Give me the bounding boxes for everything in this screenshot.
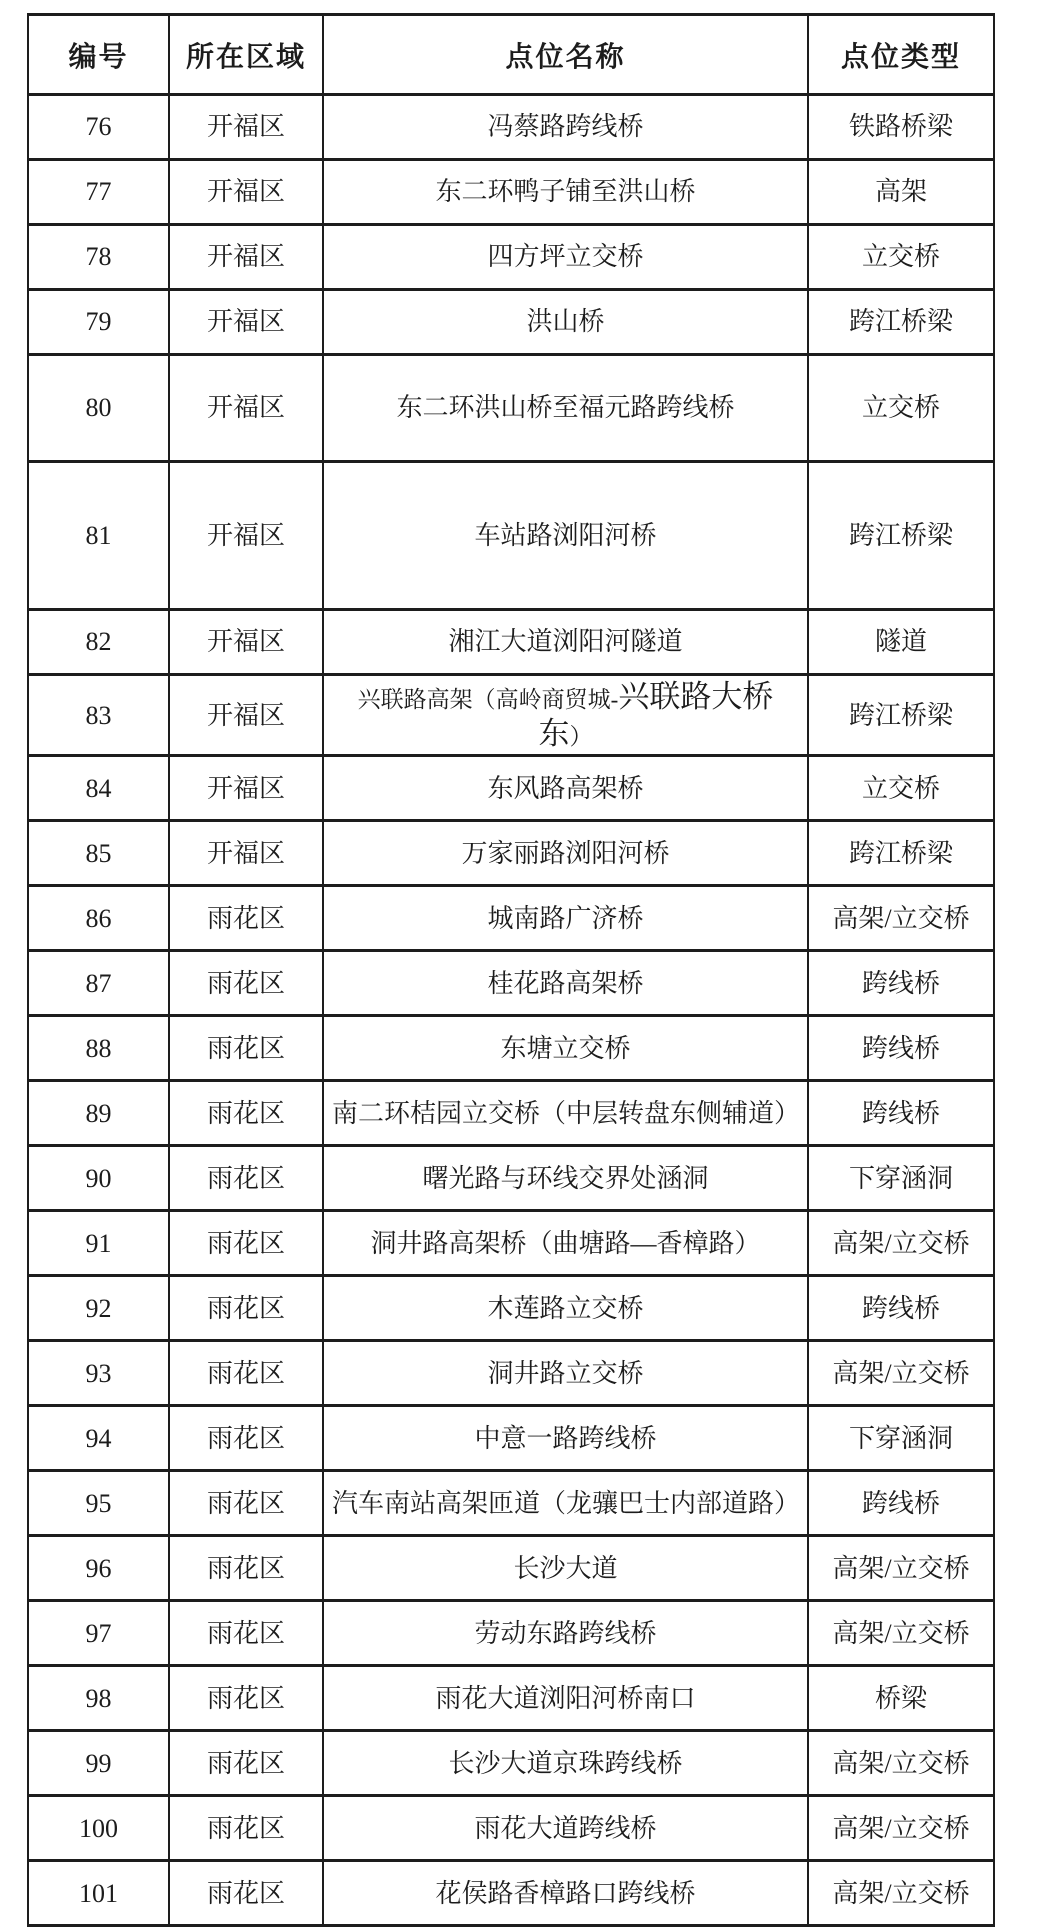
- cell-type: 高架/立交桥: [808, 1536, 994, 1601]
- cell-id: 82: [28, 610, 169, 675]
- cell-name: 东塘立交桥: [323, 1016, 808, 1081]
- table-row: 89雨花区南二环桔园立交桥（中层转盘东侧辅道）跨线桥: [28, 1081, 994, 1146]
- cell-district: 开福区: [169, 355, 323, 462]
- cell-name: 花侯路香樟路口跨线桥: [323, 1861, 808, 1926]
- table-row: 86雨花区城南路广济桥高架/立交桥: [28, 886, 994, 951]
- cell-type: 跨线桥: [808, 951, 994, 1016]
- cell-district: 雨花区: [169, 1471, 323, 1536]
- cell-type: 高架/立交桥: [808, 1731, 994, 1796]
- cell-id: 93: [28, 1341, 169, 1406]
- cell-type: 铁路桥梁: [808, 95, 994, 160]
- cell-type: 下穿涵洞: [808, 1406, 994, 1471]
- cell-type: 跨线桥: [808, 1276, 994, 1341]
- cell-district: 雨花区: [169, 1081, 323, 1146]
- cell-district: 雨花区: [169, 1276, 323, 1341]
- cell-id: 89: [28, 1081, 169, 1146]
- table-body: 76开福区冯蔡路跨线桥铁路桥梁77开福区东二环鸭子铺至洪山桥高架78开福区四方坪…: [28, 95, 994, 1926]
- cell-district: 雨花区: [169, 1211, 323, 1276]
- cell-id: 78: [28, 225, 169, 290]
- cell-district: 开福区: [169, 610, 323, 675]
- cell-type: 高架: [808, 160, 994, 225]
- cell-name: 东风路高架桥: [323, 756, 808, 821]
- table-row: 92雨花区木莲路立交桥跨线桥: [28, 1276, 994, 1341]
- cell-type: 高架/立交桥: [808, 1341, 994, 1406]
- points-table: 编号 所在区域 点位名称 点位类型 76开福区冯蔡路跨线桥铁路桥梁77开福区东二…: [27, 13, 995, 1927]
- cell-id: 90: [28, 1146, 169, 1211]
- cell-name: 四方坪立交桥: [323, 225, 808, 290]
- column-header-district: 所在区域: [169, 15, 323, 95]
- table-row: 78开福区四方坪立交桥立交桥: [28, 225, 994, 290]
- cell-name: 汽车南站高架匝道（龙骧巴士内部道路）: [323, 1471, 808, 1536]
- table-row: 90雨花区曙光路与环线交界处涵洞下穿涵洞: [28, 1146, 994, 1211]
- cell-name: 万家丽路浏阳河桥: [323, 821, 808, 886]
- cell-type: 立交桥: [808, 756, 994, 821]
- cell-id: 83: [28, 675, 169, 756]
- cell-id: 99: [28, 1731, 169, 1796]
- cell-id: 86: [28, 886, 169, 951]
- cell-type: 跨线桥: [808, 1016, 994, 1081]
- table-row: 91雨花区洞井路高架桥（曲塘路—香樟路）高架/立交桥: [28, 1211, 994, 1276]
- cell-type: 高架/立交桥: [808, 886, 994, 951]
- cell-type: 高架/立交桥: [808, 1601, 994, 1666]
- cell-name: 冯蔡路跨线桥: [323, 95, 808, 160]
- cell-type: 跨江桥梁: [808, 290, 994, 355]
- cell-name: 长沙大道京珠跨线桥: [323, 1731, 808, 1796]
- cell-district: 雨花区: [169, 1601, 323, 1666]
- cell-id: 80: [28, 355, 169, 462]
- table-row: 101雨花区花侯路香樟路口跨线桥高架/立交桥: [28, 1861, 994, 1926]
- table-row: 80开福区东二环洪山桥至福元路跨线桥立交桥: [28, 355, 994, 462]
- cell-type: 跨线桥: [808, 1081, 994, 1146]
- cell-type: 跨江桥梁: [808, 821, 994, 886]
- table-row: 88雨花区东塘立交桥跨线桥: [28, 1016, 994, 1081]
- cell-type: 隧道: [808, 610, 994, 675]
- table-row: 81开福区车站路浏阳河桥跨江桥梁: [28, 462, 994, 610]
- cell-district: 雨花区: [169, 1016, 323, 1081]
- table-row: 76开福区冯蔡路跨线桥铁路桥梁: [28, 95, 994, 160]
- cell-name: 车站路浏阳河桥: [323, 462, 808, 610]
- cell-district: 开福区: [169, 756, 323, 821]
- table-row: 82开福区湘江大道浏阳河隧道隧道: [28, 610, 994, 675]
- cell-name: 湘江大道浏阳河隧道: [323, 610, 808, 675]
- cell-id: 95: [28, 1471, 169, 1536]
- cell-district: 雨花区: [169, 1146, 323, 1211]
- cell-name: 雨花大道跨线桥: [323, 1796, 808, 1861]
- cell-district: 开福区: [169, 675, 323, 756]
- cell-district: 开福区: [169, 95, 323, 160]
- document-page: 编号 所在区域 点位名称 点位类型 76开福区冯蔡路跨线桥铁路桥梁77开福区东二…: [0, 0, 1038, 1927]
- table-row: 93雨花区洞井路立交桥高架/立交桥: [28, 1341, 994, 1406]
- cell-name: 曙光路与环线交界处涵洞: [323, 1146, 808, 1211]
- cell-district: 雨花区: [169, 1406, 323, 1471]
- cell-type: 下穿涵洞: [808, 1146, 994, 1211]
- cell-district: 雨花区: [169, 1341, 323, 1406]
- cell-type: 桥梁: [808, 1666, 994, 1731]
- cell-type: 立交桥: [808, 355, 994, 462]
- cell-id: 96: [28, 1536, 169, 1601]
- cell-name: 雨花大道浏阳河桥南口: [323, 1666, 808, 1731]
- table-row: 96雨花区长沙大道高架/立交桥: [28, 1536, 994, 1601]
- cell-name: 中意一路跨线桥: [323, 1406, 808, 1471]
- table-row: 79开福区洪山桥跨江桥梁: [28, 290, 994, 355]
- cell-district: 雨花区: [169, 1796, 323, 1861]
- cell-name: 桂花路高架桥: [323, 951, 808, 1016]
- cell-id: 85: [28, 821, 169, 886]
- table-row: 77开福区东二环鸭子铺至洪山桥高架: [28, 160, 994, 225]
- cell-name: 洞井路高架桥（曲塘路—香樟路）: [323, 1211, 808, 1276]
- cell-id: 91: [28, 1211, 169, 1276]
- cell-type: 高架/立交桥: [808, 1211, 994, 1276]
- cell-name: 木莲路立交桥: [323, 1276, 808, 1341]
- cell-name: 东二环鸭子铺至洪山桥: [323, 160, 808, 225]
- cell-type: 跨江桥梁: [808, 462, 994, 610]
- cell-district: 开福区: [169, 462, 323, 610]
- cell-name: 洞井路立交桥: [323, 1341, 808, 1406]
- table-header: 编号 所在区域 点位名称 点位类型: [28, 15, 994, 95]
- cell-name: 劳动东路跨线桥: [323, 1601, 808, 1666]
- cell-name: 长沙大道: [323, 1536, 808, 1601]
- cell-name: 城南路广济桥: [323, 886, 808, 951]
- cell-id: 101: [28, 1861, 169, 1926]
- cell-district: 雨花区: [169, 886, 323, 951]
- column-header-id: 编号: [28, 15, 169, 95]
- cell-type: 跨线桥: [808, 1471, 994, 1536]
- cell-district: 开福区: [169, 290, 323, 355]
- cell-id: 79: [28, 290, 169, 355]
- cell-name: 东二环洪山桥至福元路跨线桥: [323, 355, 808, 462]
- cell-id: 76: [28, 95, 169, 160]
- name-segment: 兴联路高架（高岭商贸城-: [358, 687, 619, 712]
- column-header-type: 点位类型: [808, 15, 994, 95]
- table-row: 83开福区兴联路高架（高岭商贸城-兴联路大桥东）跨江桥梁: [28, 675, 994, 756]
- cell-id: 100: [28, 1796, 169, 1861]
- cell-id: 98: [28, 1666, 169, 1731]
- cell-id: 81: [28, 462, 169, 610]
- table-row: 85开福区万家丽路浏阳河桥跨江桥梁: [28, 821, 994, 886]
- cell-id: 77: [28, 160, 169, 225]
- cell-type: 高架/立交桥: [808, 1796, 994, 1861]
- cell-id: 97: [28, 1601, 169, 1666]
- table-row: 98雨花区雨花大道浏阳河桥南口桥梁: [28, 1666, 994, 1731]
- cell-district: 雨花区: [169, 1731, 323, 1796]
- table-row: 97雨花区劳动东路跨线桥高架/立交桥: [28, 1601, 994, 1666]
- table-row: 99雨花区长沙大道京珠跨线桥高架/立交桥: [28, 1731, 994, 1796]
- cell-name: 兴联路高架（高岭商贸城-兴联路大桥东）: [323, 675, 808, 756]
- table-row: 100雨花区雨花大道跨线桥高架/立交桥: [28, 1796, 994, 1861]
- cell-district: 雨花区: [169, 1666, 323, 1731]
- cell-id: 94: [28, 1406, 169, 1471]
- header-row: 编号 所在区域 点位名称 点位类型: [28, 15, 994, 95]
- cell-type: 高架/立交桥: [808, 1861, 994, 1926]
- cell-district: 雨花区: [169, 1536, 323, 1601]
- cell-type: 立交桥: [808, 225, 994, 290]
- cell-id: 88: [28, 1016, 169, 1081]
- cell-district: 开福区: [169, 821, 323, 886]
- cell-type: 跨江桥梁: [808, 675, 994, 756]
- cell-name: 洪山桥: [323, 290, 808, 355]
- column-header-name: 点位名称: [323, 15, 808, 95]
- table-row: 95雨花区汽车南站高架匝道（龙骧巴士内部道路）跨线桥: [28, 1471, 994, 1536]
- cell-district: 开福区: [169, 225, 323, 290]
- cell-district: 雨花区: [169, 951, 323, 1016]
- cell-name: 南二环桔园立交桥（中层转盘东侧辅道）: [323, 1081, 808, 1146]
- table-row: 87雨花区桂花路高架桥跨线桥: [28, 951, 994, 1016]
- name-segment: ）: [570, 724, 593, 749]
- cell-id: 87: [28, 951, 169, 1016]
- cell-id: 92: [28, 1276, 169, 1341]
- table-row: 94雨花区中意一路跨线桥下穿涵洞: [28, 1406, 994, 1471]
- cell-district: 开福区: [169, 160, 323, 225]
- cell-district: 雨花区: [169, 1861, 323, 1926]
- cell-id: 84: [28, 756, 169, 821]
- table-row: 84开福区东风路高架桥立交桥: [28, 756, 994, 821]
